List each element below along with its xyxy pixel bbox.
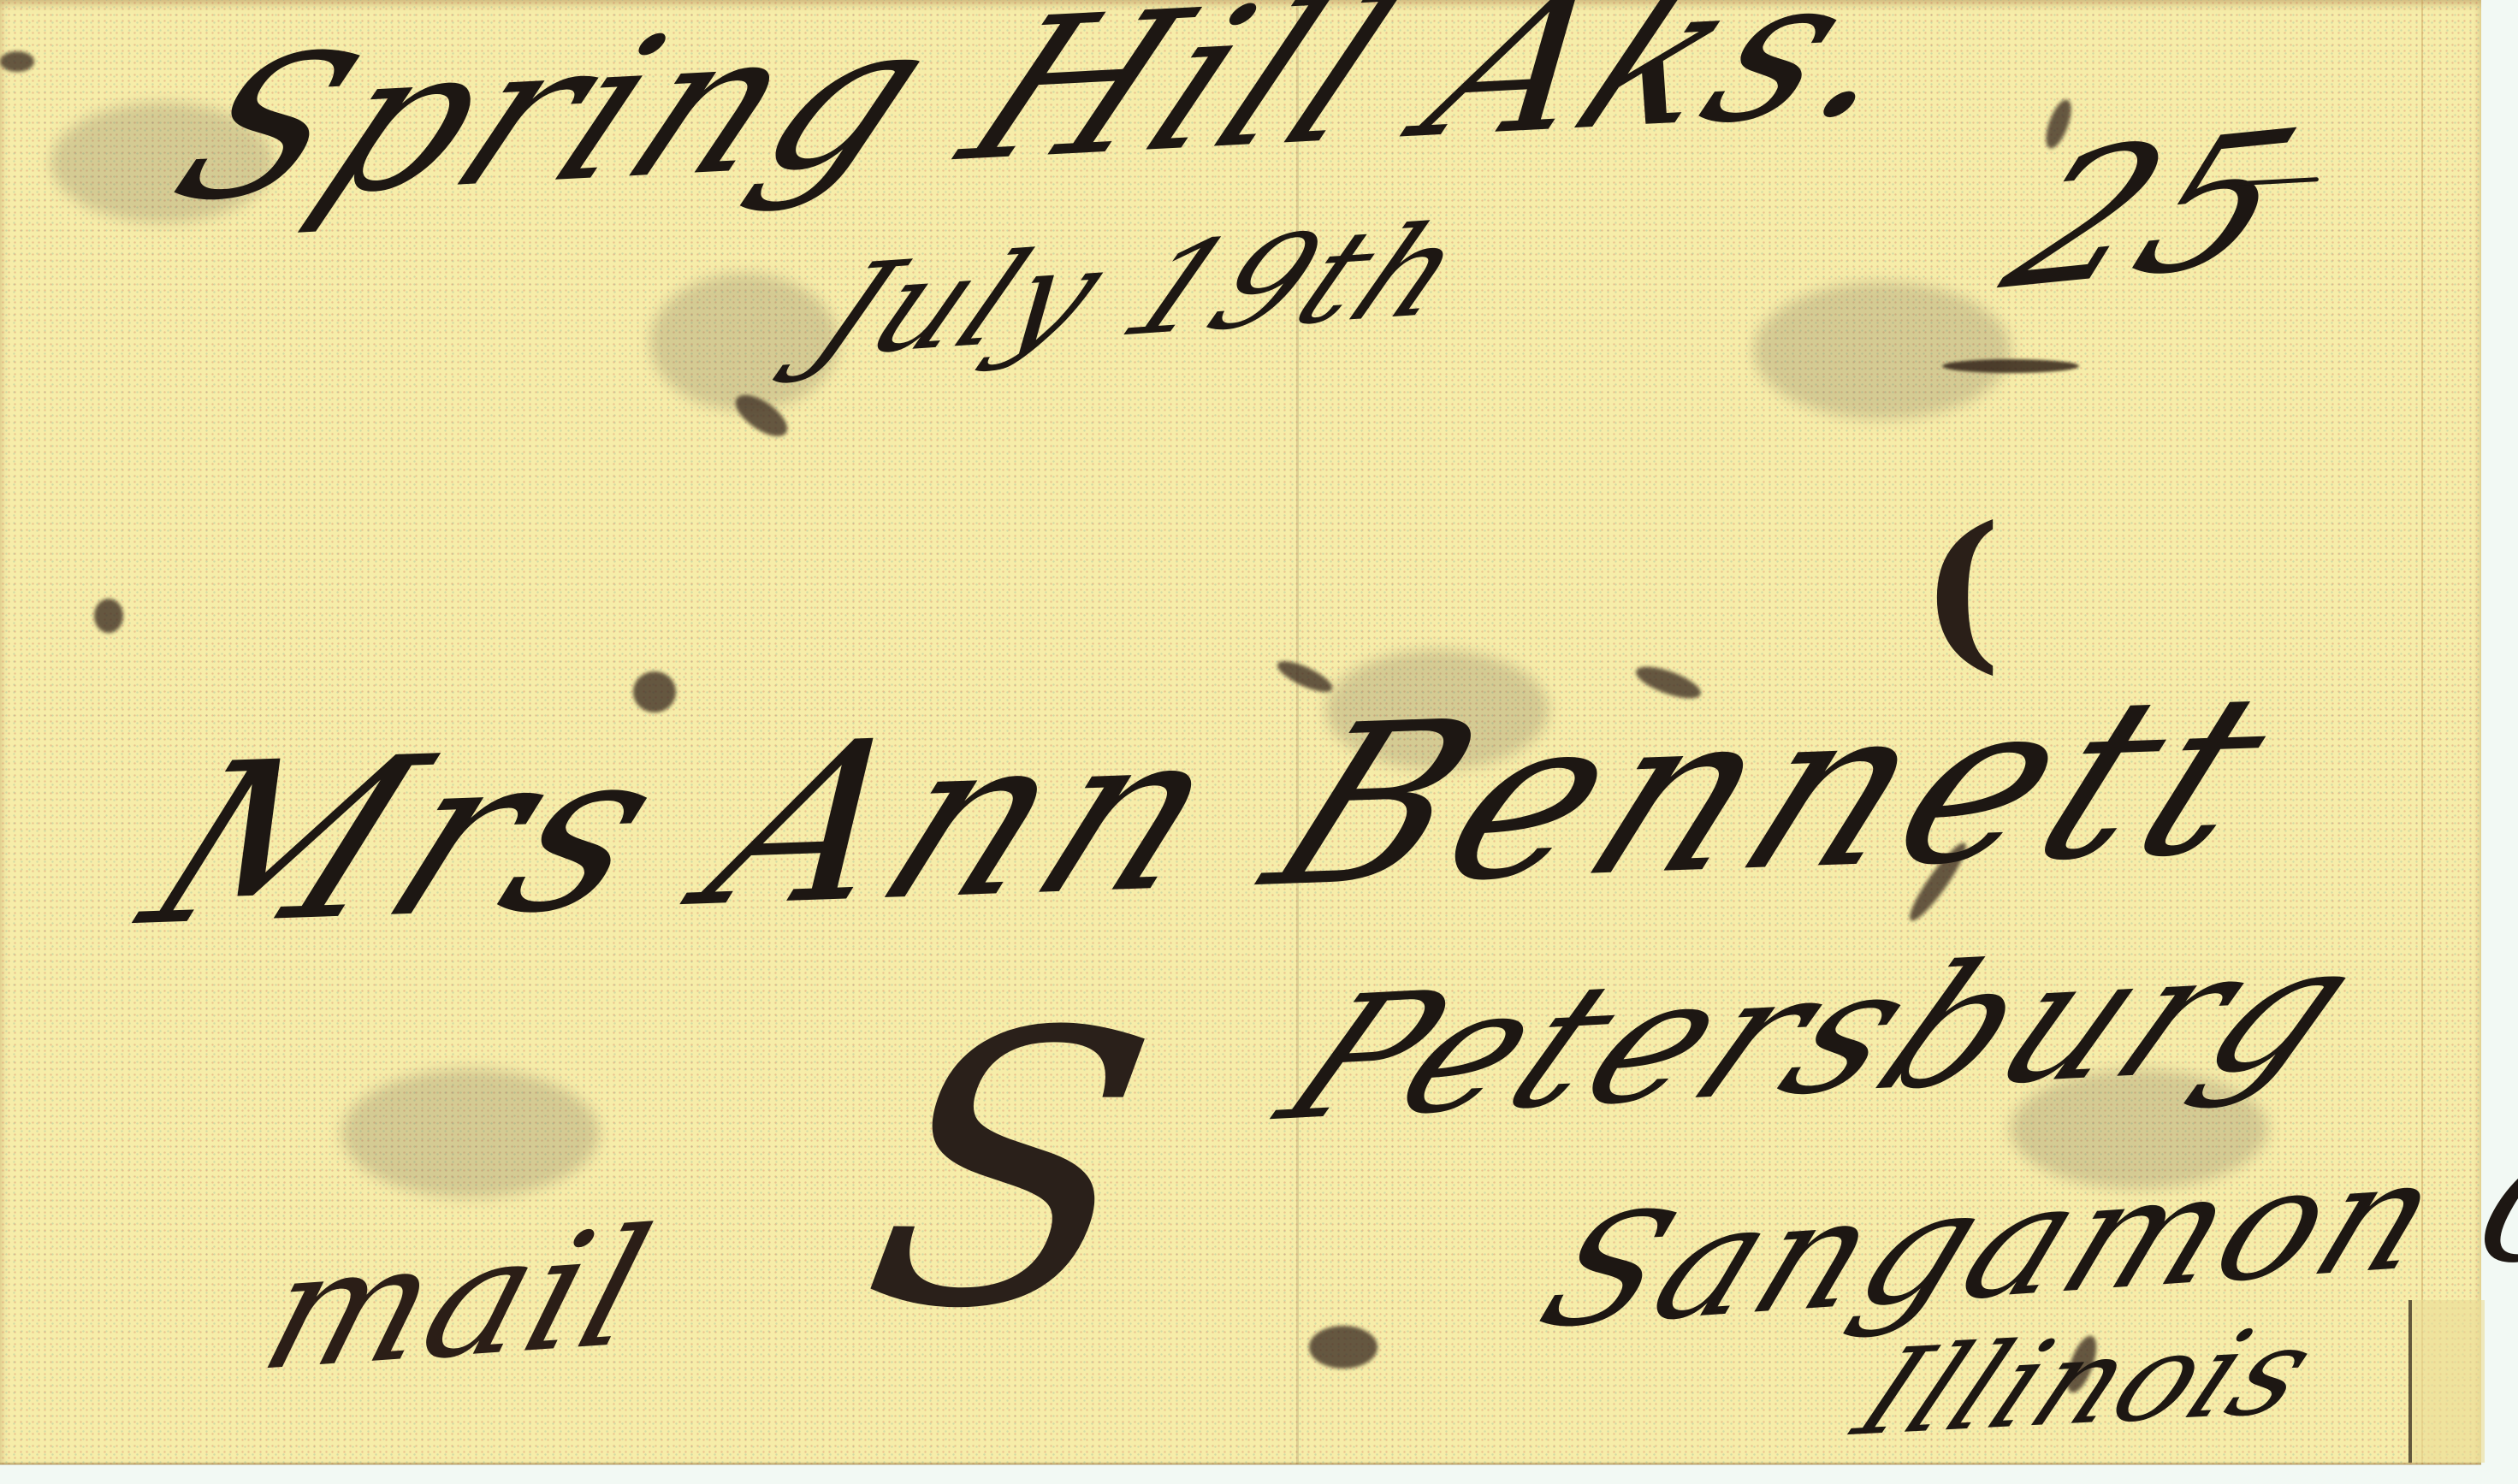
addressee-name: Mrs Ann Bennett <box>120 664 2305 958</box>
letter-paper: Spring Hill Aks. July 19th 25 ( Mrs Ann … <box>0 0 2481 1464</box>
rate-underline-blot <box>1942 359 2079 373</box>
ink-blot <box>94 599 123 633</box>
ink-blot <box>1309 1326 1377 1369</box>
postmark-date: July 19th <box>796 206 1484 376</box>
address-state: Illinois <box>1840 1312 2333 1454</box>
ink-blot <box>0 51 34 72</box>
postmark-town: Spring Hill Aks. <box>150 0 1951 231</box>
postage-rate: 25 <box>1985 104 2320 316</box>
paper-bottom-edge <box>0 1463 2481 1465</box>
rate-mark: ( <box>1921 505 2004 676</box>
scanned-envelope: Spring Hill Aks. July 19th 25 ( Mrs Ann … <box>0 0 2518 1484</box>
routing-via: mail <box>248 1207 666 1394</box>
stain <box>342 1069 599 1197</box>
address-flourish: S <box>847 984 1173 1360</box>
stain <box>650 274 838 411</box>
folded-flap-edge <box>2408 1300 2485 1463</box>
address-county: Sangamon Co <box>1523 1120 2518 1351</box>
stain <box>1754 282 2011 419</box>
